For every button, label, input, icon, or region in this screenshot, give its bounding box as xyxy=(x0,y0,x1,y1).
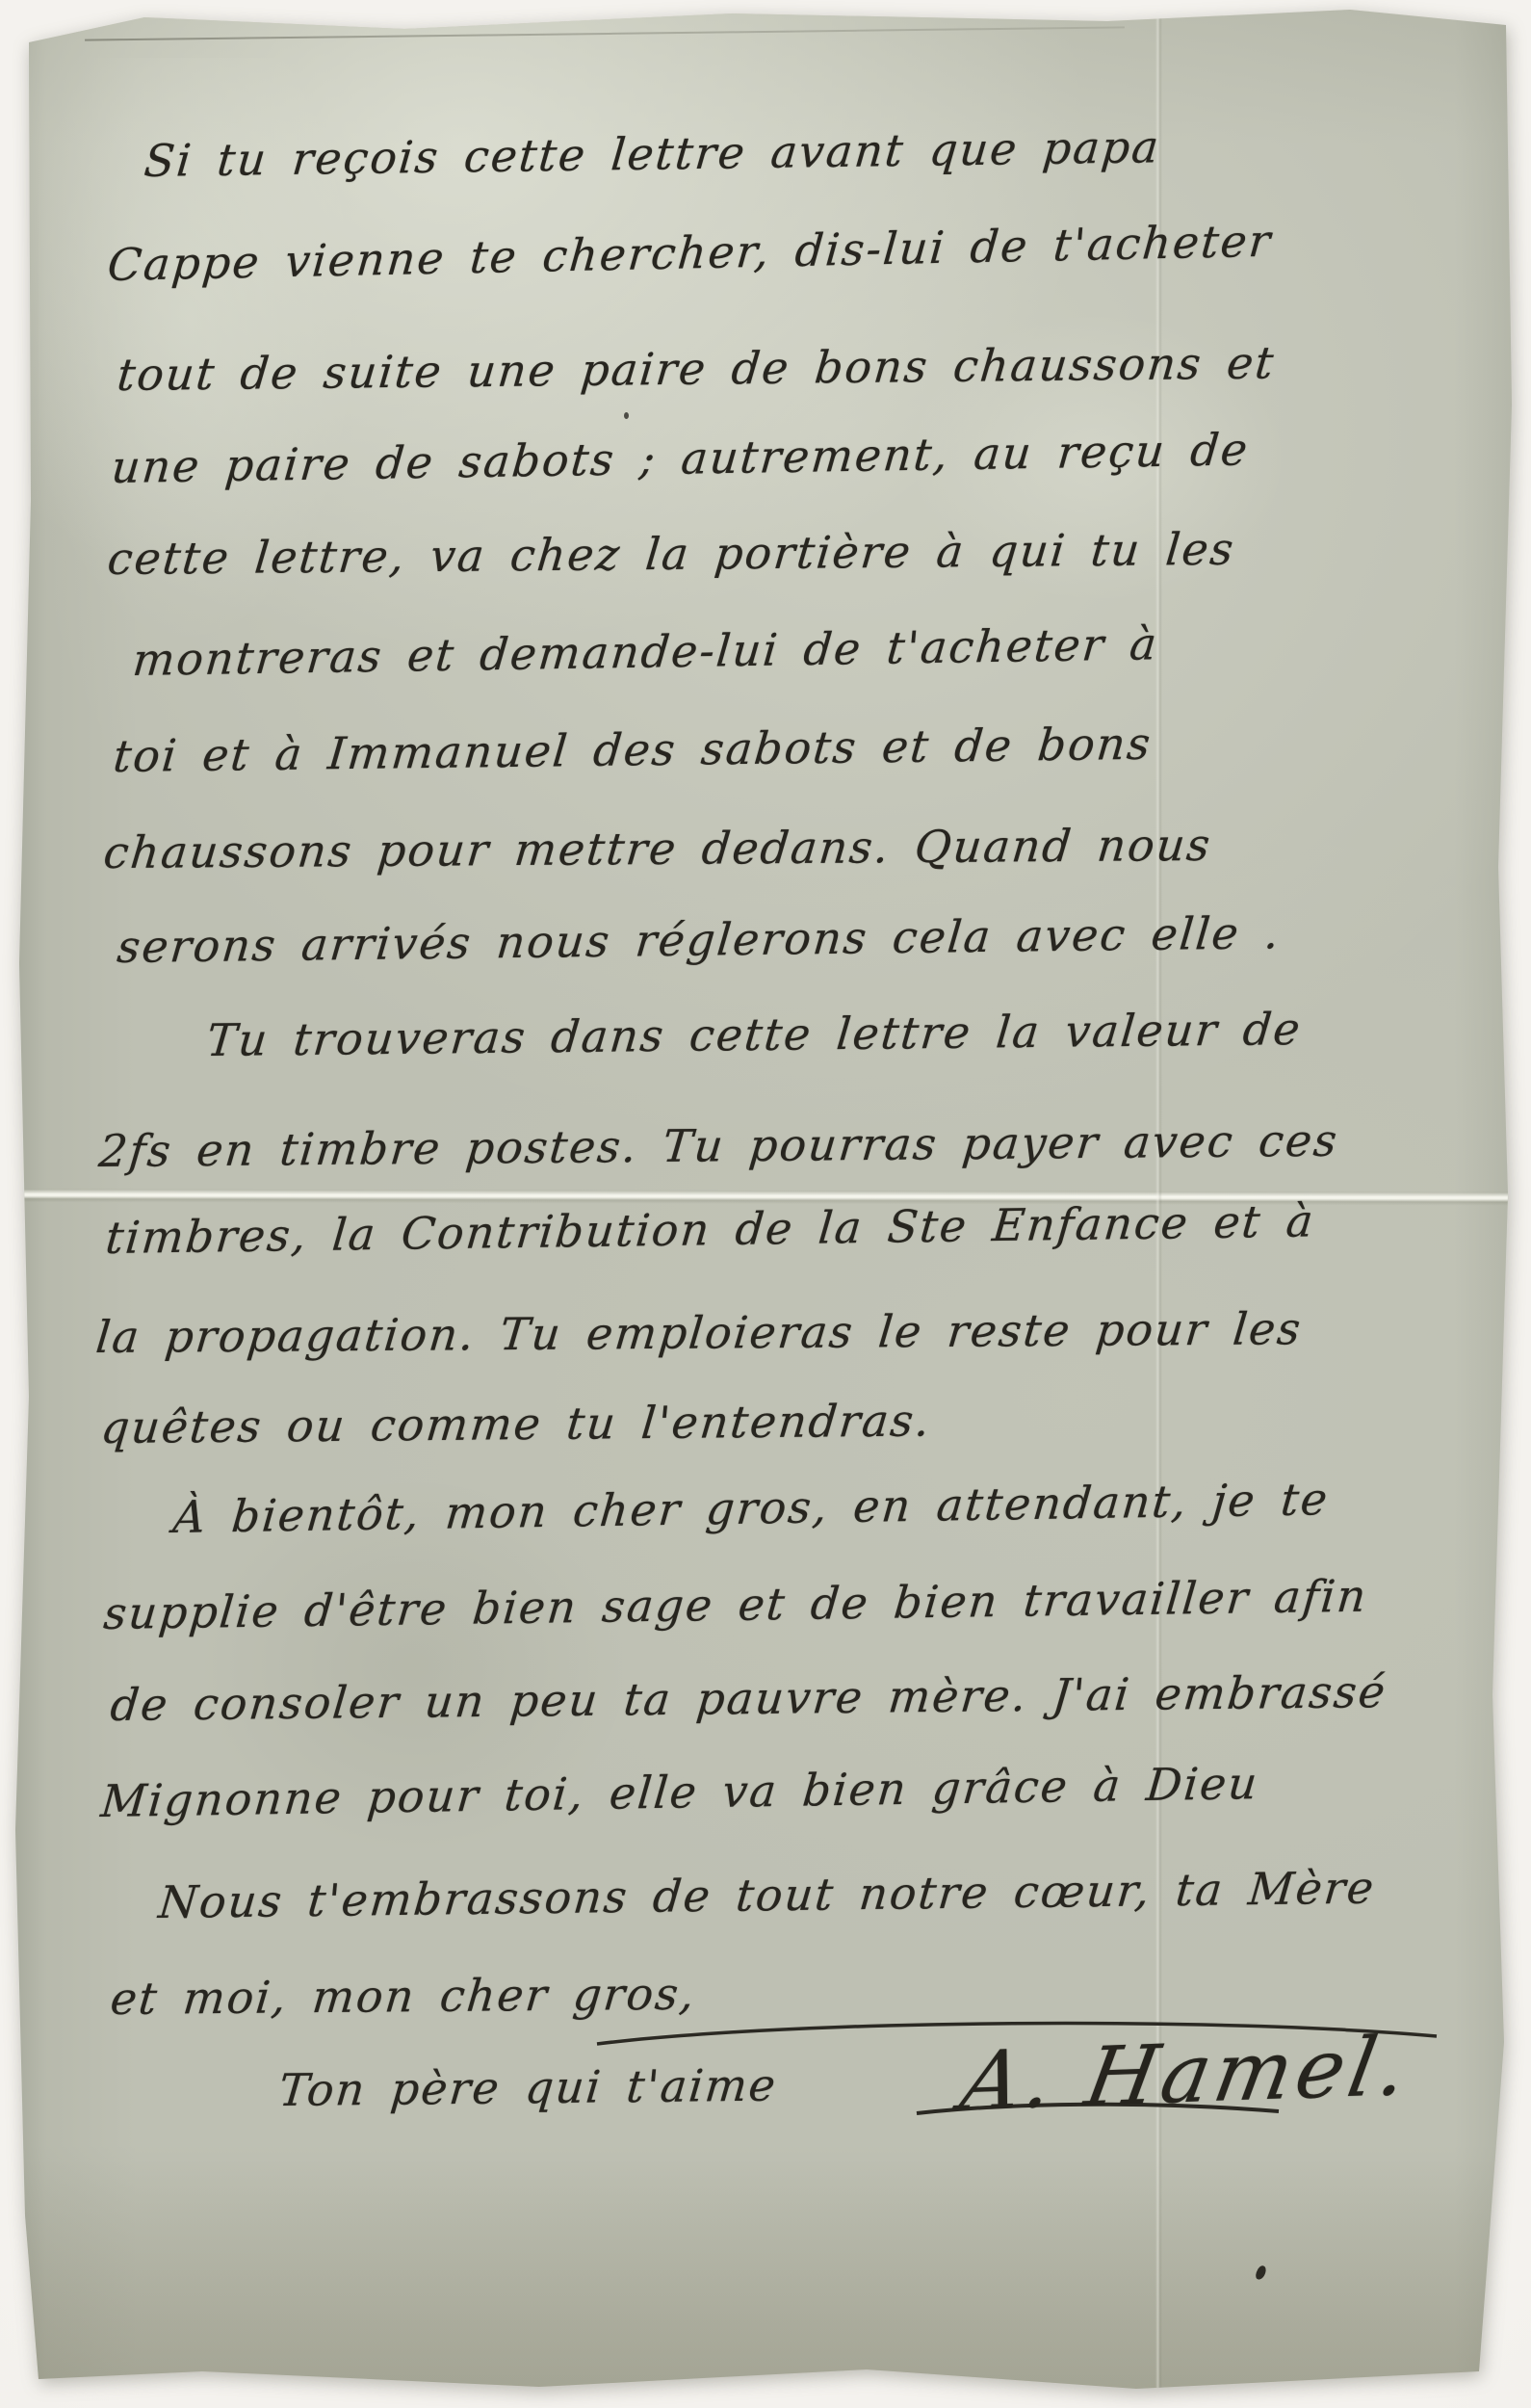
letter-line-05: cette lettre, va chez la portière à qui … xyxy=(105,523,1237,585)
letter-line-02: Cappe vienne te chercher, dis-lui de t'a… xyxy=(106,215,1275,291)
letter-line-13: la propagation. Tu emploieras le reste p… xyxy=(93,1302,1304,1363)
letter-line-04: une paire de sabots ; autrement, au reçu… xyxy=(110,423,1252,493)
letter-line-03: tout de suite une paire de bons chausson… xyxy=(115,336,1277,401)
letter-line-14: quêtes ou comme tu l'entendras. xyxy=(98,1394,933,1453)
letter-line-11: 2fs en timbre postes. Tu pourras payer a… xyxy=(96,1114,1340,1177)
letter-line-17: de consoler un peu ta pauvre mère. J'ai … xyxy=(108,1665,1388,1731)
letter-line-07: toi et à Immanuel des sabots et de bons xyxy=(111,718,1154,782)
letter-line-06: montreras et demande-lui de t'acheter à xyxy=(131,617,1161,686)
letter-line-16: supplie d'être bien sage et de bien trav… xyxy=(102,1570,1370,1639)
letter-line-09: serons arrivés nous réglerons cela avec … xyxy=(115,906,1283,973)
letter-line-01: Si tu reçois cette lettre avant que papa xyxy=(143,120,1163,187)
letter-line-12: timbres, la Contribution de la Ste Enfan… xyxy=(104,1194,1317,1264)
top-fold-crease xyxy=(85,26,1125,40)
letter-line-19: Nous t'embrassons de tout notre cœur, ta… xyxy=(156,1862,1377,1928)
photo-background: Si tu reçois cette lettre avant que papa… xyxy=(0,0,1531,2408)
signature: A. Hamel. xyxy=(954,2018,1418,2129)
letter-line-18: Mignonne pour toi, elle va bien grâce à … xyxy=(99,1757,1261,1827)
letter-paper: Si tu reçois cette lettre avant que papa… xyxy=(0,0,1531,2408)
letter-line-08: chaussons pour mettre dedans. Quand nous xyxy=(101,819,1214,878)
letter-line-15: À bientôt, mon cher gros, en attendant, … xyxy=(171,1473,1332,1543)
ink-speck xyxy=(624,412,629,419)
paper-stain xyxy=(106,1397,722,1936)
ink-spot xyxy=(1255,2264,1267,2281)
letter-line-10: Tu trouveras dans cette lettre la valeur… xyxy=(204,1003,1304,1066)
